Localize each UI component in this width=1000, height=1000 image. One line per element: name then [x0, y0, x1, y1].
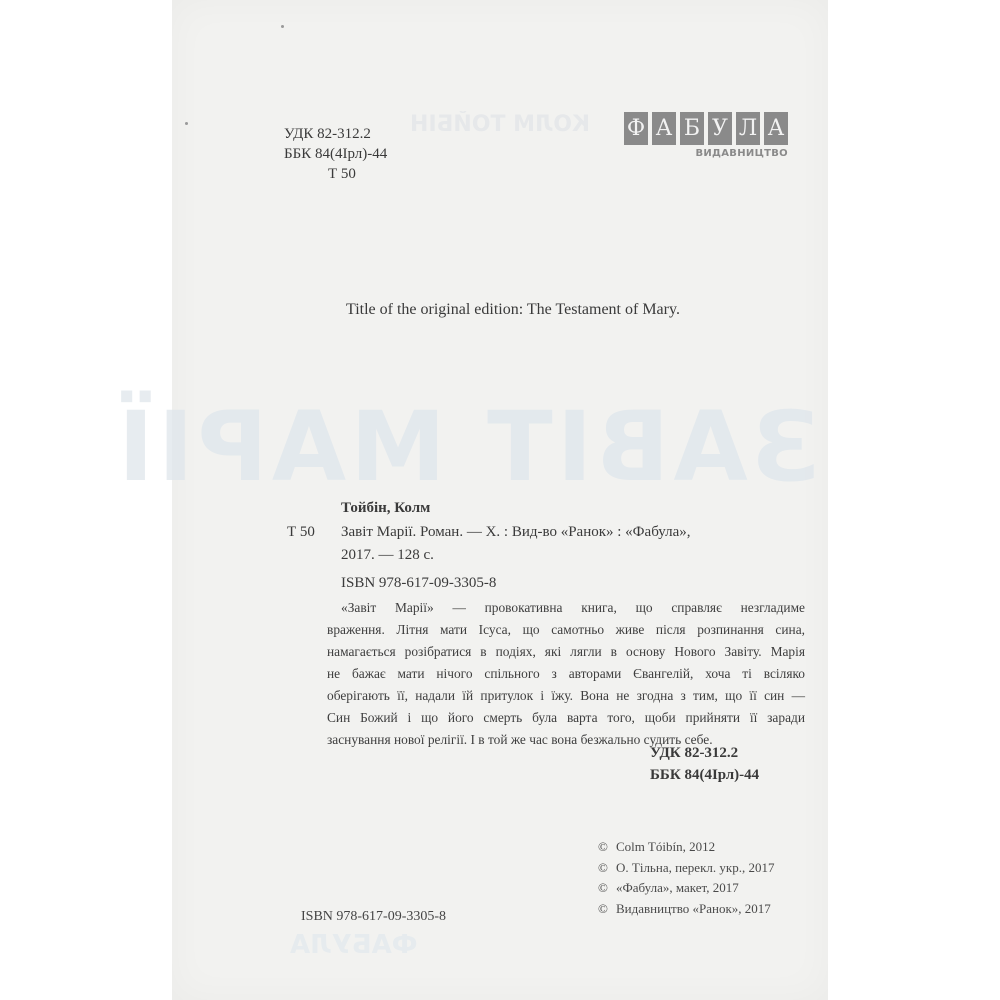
abstract-line: оберігають її, надали їй притулок і їжу.…	[327, 685, 805, 707]
bibliographic-line-1: Завіт Марії. Роман. — Х. : Вид-во «Ранок…	[341, 522, 691, 542]
logo-letter: У	[708, 112, 732, 145]
copyright-list: ©Colm Tóibín, 2012 ©О. Тільна, перекл. у…	[598, 837, 774, 919]
logo-letter: А	[764, 112, 788, 145]
author-code: Т 50	[284, 164, 387, 184]
copyright-text: «Фабула», макет, 2017	[616, 880, 739, 895]
paper-speck	[185, 122, 188, 125]
abstract-line: намагається розібратися в подіях, які ля…	[327, 641, 805, 663]
logo-letter: Л	[736, 112, 760, 145]
udk-code: УДК 82-312.2	[650, 743, 759, 765]
bleed-through-bottom-text: ФАБУЛА	[290, 930, 418, 960]
logo-letter: Б	[680, 112, 704, 145]
catalog-code: Т 50	[287, 522, 315, 542]
bbk-code: ББК 84(4Ірл)-44	[650, 765, 759, 787]
bleed-through-title: ЗАВІТ МАРІЇ	[280, 392, 820, 502]
publisher-logo: Ф А Б У Л А ВИДАВНИЦТВО	[624, 112, 788, 159]
classification-top: УДК 82-312.2 ББК 84(4Ірл)-44 Т 50	[284, 124, 387, 184]
paper-speck	[281, 25, 284, 28]
copyright-icon: ©	[598, 878, 616, 899]
copyright-text: Видавництво «Ранок», 2017	[616, 901, 771, 916]
copyright-icon: ©	[598, 858, 616, 879]
copyright-item: ©«Фабула», макет, 2017	[598, 878, 774, 899]
copyright-item: ©Colm Tóibín, 2012	[598, 837, 774, 858]
catalog-isbn: ISBN 978-617-09-3305-8	[341, 573, 496, 593]
copyright-text: Colm Tóibín, 2012	[616, 839, 715, 854]
catalog-author: Тойбін, Колм	[341, 498, 430, 518]
catalog-abstract: «Завіт Марії» — провокативна книга, що с…	[327, 597, 805, 751]
abstract-line: Син Божий і що його смерть була варта то…	[327, 707, 805, 729]
isbn-bottom: ISBN 978-617-09-3305-8	[301, 907, 446, 927]
copyright-icon: ©	[598, 837, 616, 858]
classification-bottom: УДК 82-312.2 ББК 84(4Ірл)-44	[650, 743, 759, 787]
original-title-line: Title of the original edition: The Testa…	[346, 300, 680, 320]
logo-letters: Ф А Б У Л А	[624, 112, 788, 145]
copyright-icon: ©	[598, 899, 616, 920]
abstract-line: враження. Літня мати Ісуса, що самотньо …	[327, 619, 805, 641]
bleed-through-top-text: КОЛМ ТОЙБІН	[410, 112, 590, 137]
udk-code: УДК 82-312.2	[284, 124, 387, 144]
abstract-line: «Завіт Марії» — провокативна книга, що с…	[327, 597, 805, 619]
logo-letter: А	[652, 112, 676, 145]
logo-subtitle: ВИДАВНИЦТВО	[624, 148, 788, 159]
logo-letter: Ф	[624, 112, 648, 145]
abstract-line: не бажає мати нічого спільного з авторам…	[327, 663, 805, 685]
bibliographic-line-2: 2017. — 128 с.	[341, 545, 434, 565]
copyright-item: ©Видавництво «Ранок», 2017	[598, 899, 774, 920]
bbk-code: ББК 84(4Ірл)-44	[284, 144, 387, 164]
copyright-text: О. Тільна, перекл. укр., 2017	[616, 860, 774, 875]
copyright-item: ©О. Тільна, перекл. укр., 2017	[598, 858, 774, 879]
